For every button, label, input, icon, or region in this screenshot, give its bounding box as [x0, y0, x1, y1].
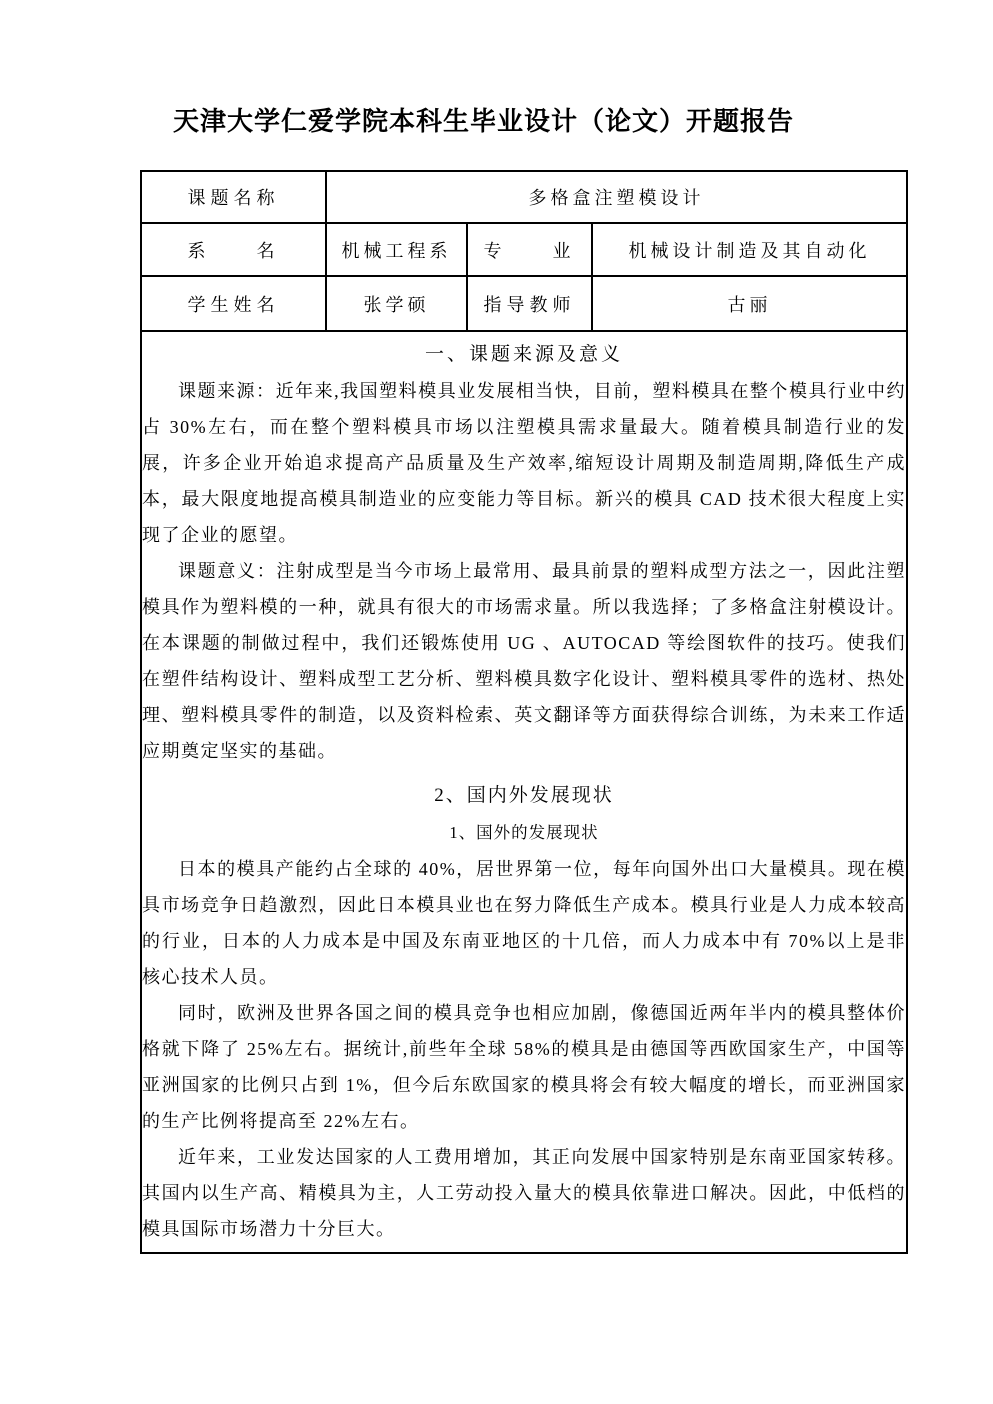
topic-label-cell: 课题名称 — [141, 171, 326, 223]
section2-paragraph-1: 日本的模具产能约占全球的 40%，居世界第一位，每年向国外出口大量模具。现在模具… — [142, 851, 906, 995]
document-page: 天津大学仁爱学院本科生毕业设计（论文）开题报告 课题名称 多格盒注塑模设计 系 … — [0, 0, 993, 1404]
section2-paragraph-3: 近年来，工业发达国家的人工费用增加，其正向发展中国家特别是东南亚国家转移。其国内… — [142, 1139, 906, 1247]
page-title: 天津大学仁爱学院本科生毕业设计（论文）开题报告 — [0, 99, 993, 143]
section1-heading: 一、课题来源及意义 — [142, 337, 906, 373]
section2-paragraph-2: 同时，欧洲及世界各国之间的模具竞争也相应加剧，像德国近两年半内的模具整体价格就下… — [142, 995, 906, 1139]
major-value-cell: 机械设计制造及其自动化 — [592, 223, 907, 276]
major-label-cell: 专 业 — [467, 223, 592, 276]
table-row-topic: 课题名称 多格盒注塑模设计 — [141, 171, 907, 223]
topic-value-cell: 多格盒注塑模设计 — [326, 171, 907, 223]
advisor-value-cell: 古丽 — [592, 276, 907, 331]
student-name-label-cell: 学生姓名 — [141, 276, 326, 331]
section1-paragraph-2: 课题意义：注射成型是当今市场上最常用、最具前景的塑料成型方法之一，因此注塑模具作… — [142, 553, 906, 769]
table-row-student-advisor: 学生姓名 张学硕 指导教师 古丽 — [141, 276, 907, 331]
advisor-label-cell: 指导教师 — [467, 276, 592, 331]
section1-paragraph-1: 课题来源：近年来,我国塑料模具业发展相当快，目前，塑料模具在整个模具行业中约占 … — [142, 373, 906, 553]
department-value-cell: 机械工程系 — [326, 223, 467, 276]
department-label-cell: 系 名 — [141, 223, 326, 276]
report-body-cell: 一、课题来源及意义 课题来源：近年来,我国塑料模具业发展相当快，目前，塑料模具在… — [141, 331, 907, 1253]
table-row-report-body: 一、课题来源及意义 课题来源：近年来,我国塑料模具业发展相当快，目前，塑料模具在… — [141, 331, 907, 1253]
info-table: 课题名称 多格盒注塑模设计 系 名 机械工程系 专 业 机械设计制造及其自动化 … — [140, 170, 908, 1254]
student-name-value-cell: 张学硕 — [326, 276, 467, 331]
subsection1-heading: 1、国外的发展现状 — [142, 815, 906, 851]
section2-heading: 2、国内外发展现状 — [142, 777, 906, 815]
table-row-department-major: 系 名 机械工程系 专 业 机械设计制造及其自动化 — [141, 223, 907, 276]
